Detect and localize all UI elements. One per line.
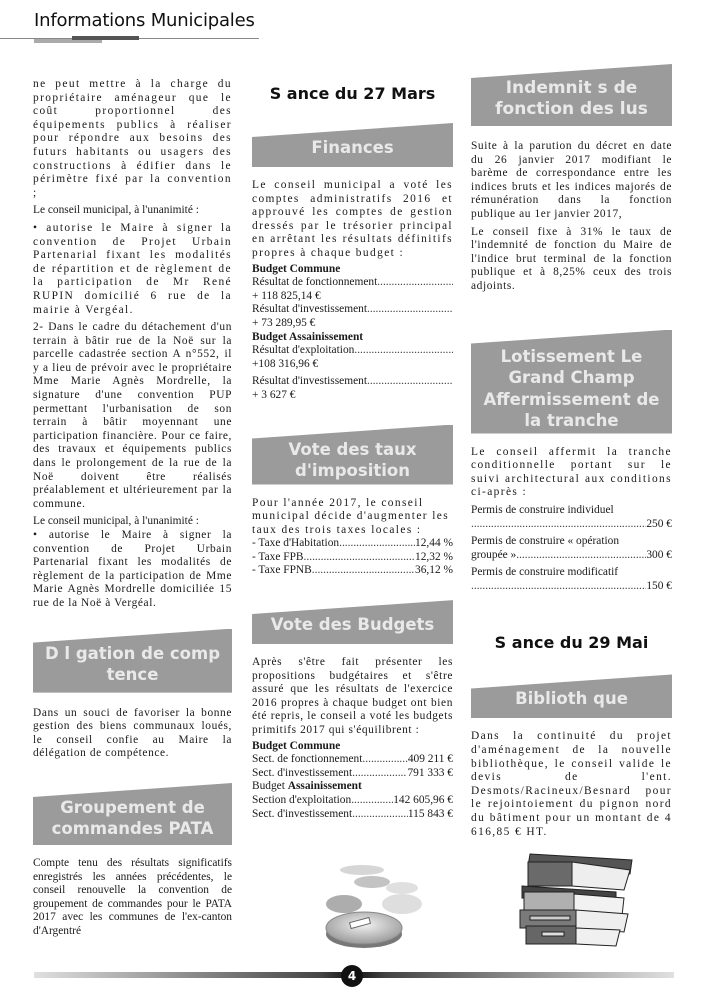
paragraph: Pour l'année 2017, le conseil municipal … (252, 497, 453, 538)
session-title-29-mai: S ance du 29 Mai (471, 633, 672, 652)
page-header-title: Informations Municipales (34, 10, 255, 31)
paragraph: Dans la continuité du projet d'aménageme… (471, 730, 672, 839)
tax-line: - Taxe d'Habitation12,44 % (252, 537, 453, 551)
section-banner-bibliotheque: Biblioth que (471, 674, 672, 718)
budget-line: Section d'exploitation142 605,96 € (252, 794, 453, 808)
budget-label: Budget Commune (252, 740, 453, 754)
coins-image (314, 858, 434, 950)
header-accent-dark (72, 36, 139, 40)
paragraph: Le conseil municipal, à l'unanimité : (33, 515, 232, 529)
tax-line: - Taxe FPB12,32 % (252, 551, 453, 565)
paragraph: Suite à la parution du décret en date du… (471, 140, 672, 222)
tax-line: - Taxe FPNB36,12 % (252, 564, 453, 578)
permit-line: groupée » 300 € (471, 549, 672, 563)
section-banner-pata: Groupement de commandes PATA (33, 783, 232, 845)
paragraph: Compte tenu des résultats significatifs … (33, 857, 232, 939)
section-banner-budgets: Vote des Budgets (252, 600, 453, 644)
paragraph: Le conseil fixe à 31% le taux de l'indem… (471, 226, 672, 294)
budget-label: Budget Commune (252, 263, 453, 277)
section-banner-indemnites: Indemnit s de fonction des lus (471, 64, 672, 126)
budget-line: Sect. d'investissement791 333 € (252, 767, 453, 781)
result-value: + 73 289,95 € (252, 317, 453, 331)
result-line: Résultat d'investissement (252, 303, 453, 317)
permit-line: 250 € (471, 518, 672, 532)
paragraph: Le conseil affermit la tranche condition… (471, 446, 672, 500)
paragraph: Dans un souci de favoriser la bonne gest… (33, 707, 232, 761)
section-banner-taux: Vote des taux d'imposition (252, 425, 453, 485)
budget-label: Budget Assainissement (252, 331, 453, 345)
result-value: + 3 627 € (252, 389, 453, 403)
paragraph: Le conseil municipal a voté les comptes … (252, 179, 453, 261)
permit-label: Permis de construire individuel (471, 504, 672, 518)
result-line: Résultat d'investissement (252, 375, 453, 389)
column-middle: S ance du 27 Mars Finances Le conseil mu… (252, 78, 453, 821)
page-number: 4 (341, 965, 363, 987)
permit-label: Permis de construire modificatif (471, 566, 672, 580)
section-banner-finances: Finances (252, 123, 453, 167)
column-left: ne peut mettre à la charge du propriétai… (33, 78, 232, 943)
budget-label: Budget Assainissement (252, 780, 453, 794)
paragraph: • autorise le Maire à signer la conventi… (33, 222, 232, 317)
paragraph: ne peut mettre à la charge du propriétai… (33, 78, 232, 200)
column-right: Indemnit s de fonction des lus Suite à l… (471, 64, 672, 843)
paragraph: • autorise le Maire à signer la conventi… (33, 529, 232, 611)
paragraph: 2- Dans le cadre du détachement d'un ter… (33, 321, 232, 511)
paragraph: Le conseil municipal, à l'unanimité : (33, 204, 232, 218)
section-banner-delegation: D l gation de comp tence (33, 629, 232, 693)
session-title-27-mars: S ance du 27 Mars (252, 84, 453, 103)
budget-line: Sect. de fonctionnement409 211 € (252, 753, 453, 767)
permit-line: 150 € (471, 580, 672, 594)
result-line: Résultat d'exploitation (252, 344, 453, 358)
result-value: + 118 825,14 € (252, 290, 453, 304)
books-image (512, 848, 652, 948)
paragraph: Après s'être fait présenter les proposit… (252, 656, 453, 738)
result-line: Résultat de fonctionnement (252, 276, 453, 290)
budget-line: Sect. d'investissement115 843 € (252, 808, 453, 822)
permit-label: Permis de construire « opération (471, 535, 672, 549)
result-value: +108 316,96 € (252, 358, 453, 372)
section-banner-lotissement: Lotissement Le Grand Champ Affermissemen… (471, 330, 672, 434)
